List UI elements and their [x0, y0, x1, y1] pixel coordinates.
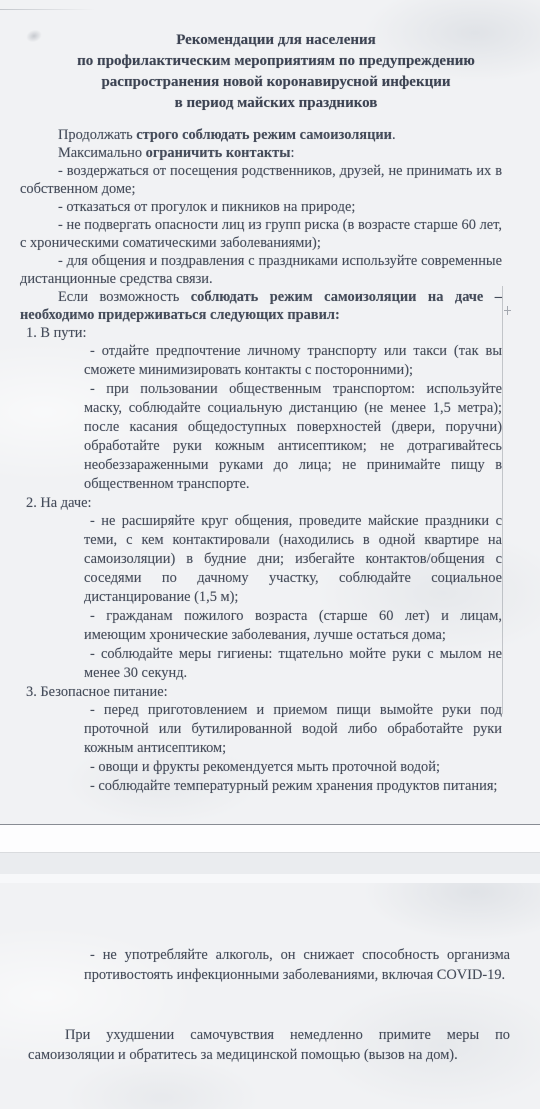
text-run: - при пользовании общественным транспорт…: [84, 381, 502, 492]
text-run: - овощи и фрукты рекомендуется мыть прот…: [90, 759, 440, 775]
text-run: 2. На даче:: [26, 495, 92, 511]
paragraph: - овощи и фрукты рекомендуется мыть прот…: [84, 758, 502, 777]
paragraph: Если возможность соблюдать режим самоизо…: [20, 288, 502, 324]
paragraph: При ухудшении самочувствия немедленно пр…: [28, 1025, 510, 1065]
text-run: - не расширяйте круг общения, проведите …: [84, 513, 502, 605]
paragraph: - для общения и поздравления с праздника…: [20, 252, 502, 288]
text-run: - не подвергать опасности лиц из групп р…: [20, 217, 502, 251]
text-run: 3. Безопасное питание:: [26, 684, 168, 700]
page-2: - не употребляйте алкоголь, он снижает с…: [0, 883, 540, 1109]
text-run: - соблюдайте температурный режим хранени…: [90, 778, 497, 794]
title-line: в период майских праздников: [50, 93, 502, 114]
paragraph: - соблюдайте температурный режим хранени…: [84, 777, 502, 796]
title-line: Рекомендации для населения: [50, 30, 502, 51]
paragraph: 1. В пути:: [26, 324, 502, 342]
scanned-document: Рекомендации для населенияпо профилактич…: [0, 0, 540, 1110]
text-run: - отдайте предпочтение личному транспорт…: [84, 343, 502, 378]
scan-artifact-line: [0, 9, 95, 10]
text-run: 1. В пути:: [26, 325, 86, 341]
paragraph: 2. На даче:: [26, 494, 502, 512]
text-run: - воздержаться от посещения родственнико…: [20, 163, 502, 197]
page-separator: [0, 874, 540, 883]
page-1: Рекомендации для населенияпо профилактич…: [0, 0, 540, 825]
bold-text-run: ограничить контакты: [146, 145, 291, 161]
paragraph: Максимально ограничить контакты:: [20, 144, 502, 162]
paragraph: - не расширяйте круг общения, проведите …: [84, 512, 502, 607]
paragraph: - гражданам пожилого возраста (старше 60…: [84, 607, 502, 645]
text-run: Максимально: [58, 145, 146, 161]
paragraph: 3. Безопасное питание:: [26, 683, 502, 701]
page-1-body: Продолжать строго соблюдать режим самоиз…: [20, 126, 502, 796]
paragraph: - не употребляйте алкоголь, он снижает с…: [84, 945, 510, 985]
paragraph: - при пользовании общественным транспорт…: [84, 380, 502, 494]
paragraph: - воздержаться от посещения родственнико…: [20, 162, 502, 198]
paragraph: Продолжать строго соблюдать режим самоиз…: [20, 126, 502, 144]
page-separator: [0, 853, 540, 874]
text-run: - для общения и поздравления с праздника…: [20, 253, 502, 287]
text-run: - гражданам пожилого возраста (старше 60…: [84, 608, 502, 643]
title-line: распространения новой коронавирусной инф…: [50, 72, 502, 93]
paragraph: - отдайте предпочтение личному транспорт…: [84, 342, 502, 380]
title-line: по профилактическим мероприятиям по пред…: [50, 51, 502, 72]
text-run: Продолжать: [58, 127, 136, 143]
text-run: .: [392, 127, 396, 143]
paragraph: - не подвергать опасности лиц из групп р…: [20, 216, 502, 252]
scan-artifact-mark: [503, 305, 512, 316]
text-run: :: [291, 145, 295, 161]
paragraph: - перед приготовлением и приемом пищи вы…: [84, 701, 502, 758]
paragraph: - отказаться от прогулок и пикников на п…: [20, 198, 502, 216]
document-title: Рекомендации для населенияпо профилактич…: [20, 30, 502, 114]
bold-text-run: строго соблюдать режим самоизоляции: [136, 127, 392, 143]
text-run: - соблюдайте меры гигиены: тщательно мой…: [84, 646, 502, 681]
text-run: - перед приготовлением и приемом пищи вы…: [84, 702, 502, 756]
text-run: Если возможность: [58, 289, 191, 305]
scan-artifact-fold-line: [502, 286, 503, 714]
text-run: - не употребляйте алкоголь, он снижает с…: [84, 947, 510, 983]
paragraph: - соблюдайте меры гигиены: тщательно мой…: [84, 645, 502, 683]
page-2-body: - не употребляйте алкоголь, он снижает с…: [28, 945, 510, 1065]
text-run: При ухудшении самочувствия немедленно пр…: [28, 1027, 510, 1063]
text-run: - отказаться от прогулок и пикников на п…: [58, 199, 355, 215]
page-separator: [0, 825, 540, 852]
